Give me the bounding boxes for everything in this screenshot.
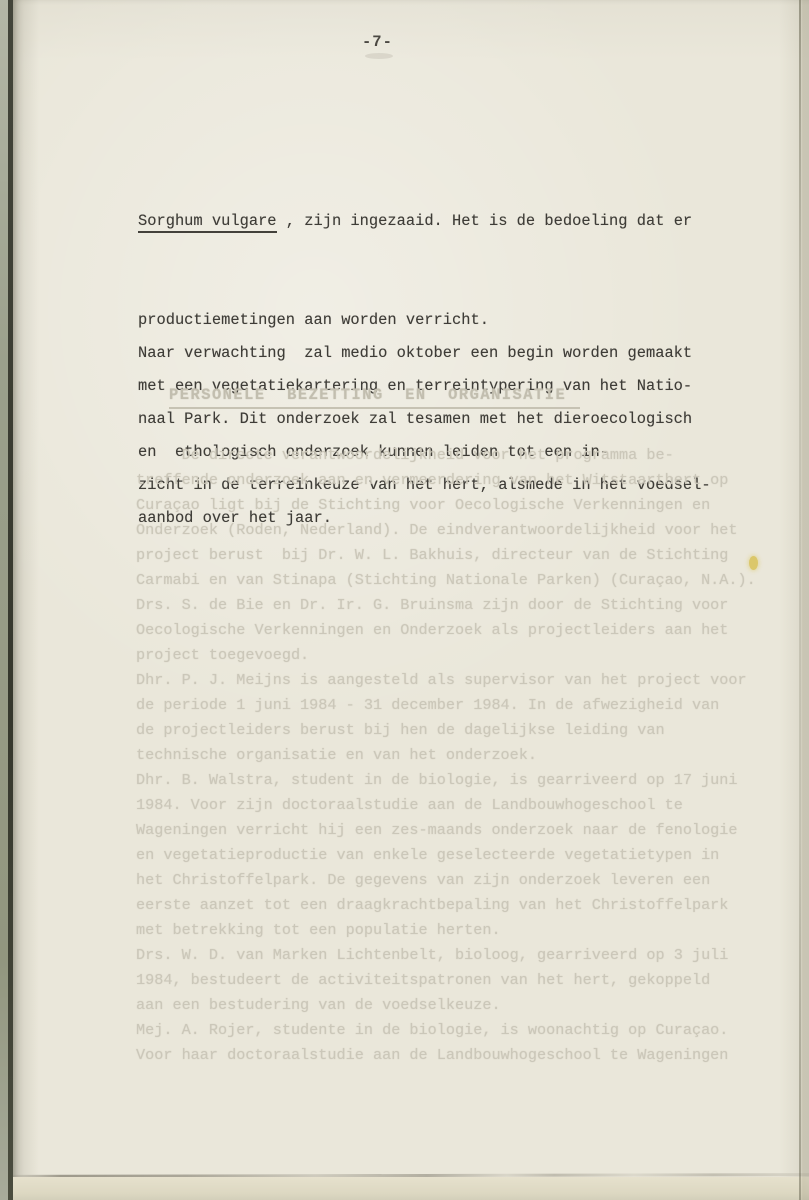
text-line: Mej. A. Rojer, studente in de biologie, … <box>136 1018 756 1043</box>
text-line: Oecologische Verkenningen en Onderzoek a… <box>136 618 756 643</box>
text-line: Drs. W. D. van Marken Lichtenbelt, biolo… <box>136 943 756 968</box>
page-right-edge-shade <box>800 0 809 1200</box>
text-line: 1984, bestudeert de activiteitspatronen … <box>136 968 756 993</box>
text-line: Dhr. P. J. Meijns is aangesteld als supe… <box>136 668 756 693</box>
page-bottom-edge <box>13 1177 809 1200</box>
section-heading: PERSONELE BEZETTING EN ORGANISATIE <box>169 386 580 409</box>
text-line: Dhr. B. Walstra, student in de biologie,… <box>136 768 756 793</box>
text-line: de periode 1 juni 1984 - 31 december 198… <box>136 693 756 718</box>
yellow-stain <box>749 556 758 570</box>
page-number: -7- <box>362 33 393 51</box>
text-line: Sorghum vulgare , zijn ingezaaid. Het is… <box>138 205 711 238</box>
text-line: Curaçao ligt bij de Stichting voor Oecol… <box>136 493 756 518</box>
text-line: Naar verwachting zal medio oktober een b… <box>138 337 711 370</box>
text-line: Voor haar doctoraalstudie aan de Landbou… <box>136 1043 756 1068</box>
text-line: met betrekking tot een populatie herten. <box>136 918 756 943</box>
text-line: en vegetatieproductie van enkele geselec… <box>136 843 756 868</box>
text-line: Onderzoek (Roden, Nederland). De eindver… <box>136 518 756 543</box>
paper-sheet: -7- Sorghum vulgare , zijn ingezaaid. He… <box>13 0 809 1200</box>
text-line: eerste aanzet tot een draagkrachtbepalin… <box>136 893 756 918</box>
text-line: aan een bestudering van de voedselkeuze. <box>136 993 756 1018</box>
ink-smudge <box>365 53 393 59</box>
text-line: Wageningen verricht hij een zes-maands o… <box>136 818 756 843</box>
faded-paragraph: De directe verantwoordelijkheid voor het… <box>136 443 756 1068</box>
text-line: Drs. S. de Bie en Dr. Ir. G. Bruinsma zi… <box>136 593 756 618</box>
text-line: 1984. Voor zijn doctoraalstudie aan de L… <box>136 793 756 818</box>
text-line: treffende onderzoek aan en vermeerdering… <box>136 468 756 493</box>
text-line: project toegevoegd. <box>136 643 756 668</box>
text-line: Carmabi en van Stinapa (Stichting Nation… <box>136 568 756 593</box>
underlined-species-name: Sorghum vulgare <box>138 212 277 233</box>
text-line: De directe verantwoordelijkheid voor het… <box>136 443 756 468</box>
text-line: project berust bij Dr. W. L. Bakhuis, di… <box>136 543 756 568</box>
text-line: productiemetingen aan worden verricht. <box>138 304 711 337</box>
text-line: de projectleiders berust bij hen de dage… <box>136 718 756 743</box>
text-line: het Christoffelpark. De gegevens van zij… <box>136 868 756 893</box>
scanned-document-page: -7- Sorghum vulgare , zijn ingezaaid. He… <box>0 0 809 1200</box>
scan-left-margin <box>0 0 8 1200</box>
text-line-rest: , zijn ingezaaid. Het is de bedoeling da… <box>277 212 693 230</box>
text-line: technische organisatie en van het onderz… <box>136 743 756 768</box>
